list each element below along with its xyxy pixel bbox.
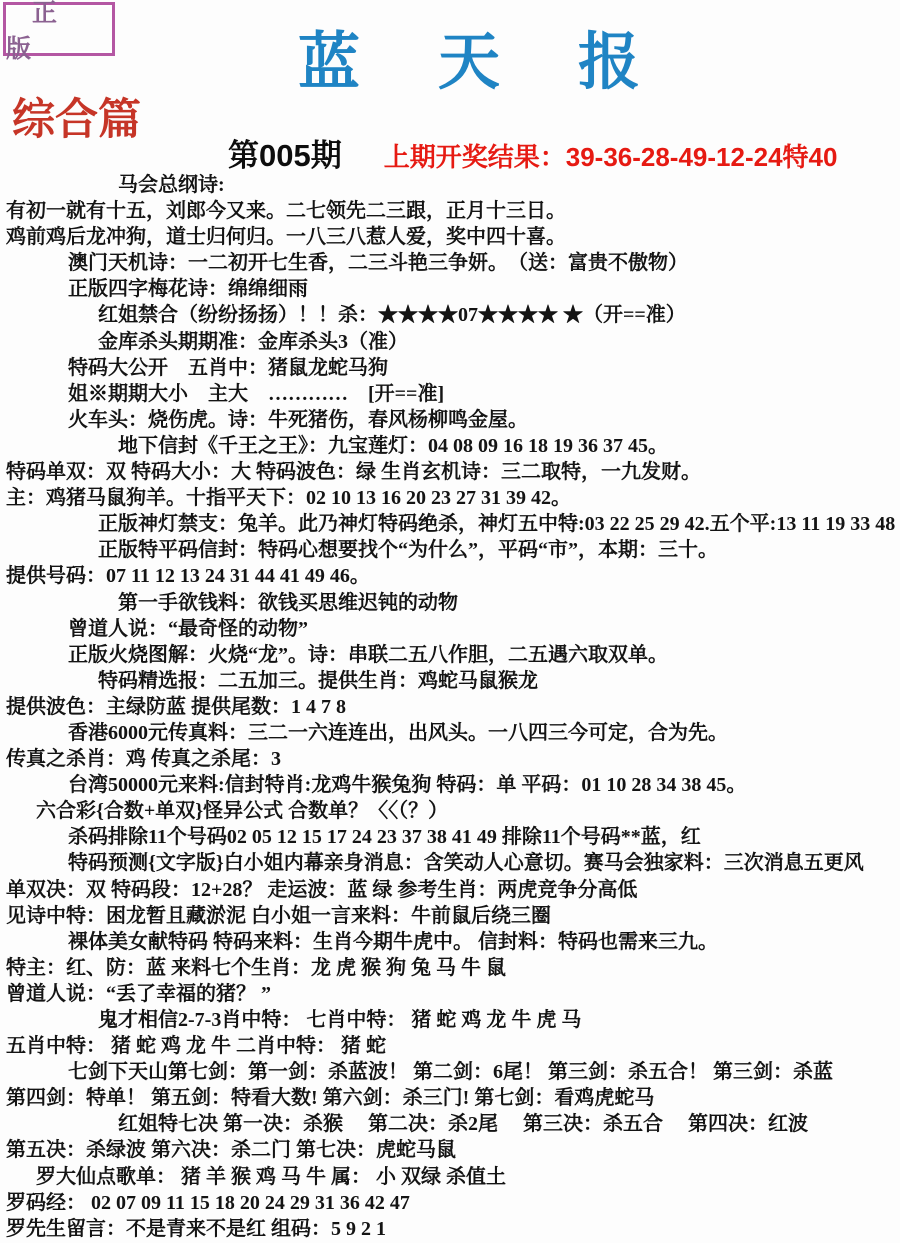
text-line: 金库杀头期期准：金库杀头3（准） (6, 329, 898, 355)
text-line: 裸体美女献特码 特码来料：生肖今期牛虎中。 信封料：特码也需来三九。 (6, 929, 898, 955)
text-line: 提供号码：07 11 12 13 24 31 44 41 49 46。 (6, 563, 898, 589)
text-line: 传真之杀肖：鸡 传真之杀尾：3 (6, 746, 898, 772)
text-line: 姐※期期大小 主大 ………… [开==准] (6, 381, 898, 407)
text-line: 主：鸡猪马鼠狗羊。十指平天下：02 10 13 16 20 23 27 31 3… (6, 485, 898, 511)
last-draw-result: 上期开奖结果：39-36-28-49-12-24特40 (384, 137, 838, 174)
section-label: 综合篇 (12, 86, 141, 147)
edition-badge-label: 正版 (6, 0, 112, 65)
text-line: 特主：红、防：蓝 来料七个生肖：龙 虎 猴 狗 兔 马 牛 鼠 (6, 955, 898, 981)
text-line: 第四剑：特单！ 第五剑：特看大数! 第六剑：杀三门! 第七剑：看鸡虎蛇马 (6, 1085, 898, 1111)
text-line: 单双决：双 特码段：12+28？ 走运波：蓝 绿 参考生肖：两虎竞争分高低 (6, 877, 898, 903)
issue-number: 第005期 (228, 130, 342, 175)
text-line: 香港6000元传真料：三二一六连连出，出风头。一八四三今可定，合为先。 (6, 720, 898, 746)
text-line: 地下信封《千王之王》：九宝莲灯：04 08 09 16 18 19 36 37 … (6, 433, 898, 459)
text-line: 特码单双：双 特码大小：大 特码波色：绿 生肖玄机诗：三二取特，一九发财。 (6, 459, 898, 485)
text-line: 六合彩{合数+单双}怪异公式 合数单？〈〈（？） (6, 798, 898, 824)
text-line: 提供波色：主绿防蓝 提供尾数：1 4 7 8 (6, 694, 898, 720)
text-line: 鸡前鸡后龙冲狗，道士归何归。一八三八惹人爱，奖中四十喜。 (6, 224, 898, 250)
text-line: 有初一就有十五，刘郎今又来。二七领先二三跟，正月十三日。 (6, 198, 898, 224)
text-line: 正版四字梅花诗：绵绵细雨 (6, 276, 898, 302)
text-line: 红姐禁合（纷纷扬扬）！！杀：★★★★07★★★★ ★（开==准） (6, 302, 898, 328)
text-line: 见诗中特：困龙暂且藏淤泥 白小姐一言来料：牛前鼠后绕三圈 (6, 903, 898, 929)
text-line: 七剑下天山第七剑：第一剑：杀蓝波！ 第二剑：6尾！ 第三剑：杀五合！ 第三剑：杀… (6, 1059, 898, 1085)
newspaper-title: 蓝天报 (298, 12, 718, 101)
issue-row: 第005期 上期开奖结果：39-36-28-49-12-24特40 (228, 130, 837, 175)
text-line: 曾道人说：“最奇怪的动物” (6, 616, 898, 642)
text-line: 五肖中特： 猪 蛇 鸡 龙 牛 二肖中特： 猪 蛇 (6, 1033, 898, 1059)
text-line: 马会总纲诗: (6, 172, 898, 198)
text-line: 正版特平码信封：特码心想要找个“为什么”，平码“市”，本期：三十。 (6, 537, 898, 563)
text-line: 杀码排除11个号码02 05 12 15 17 24 23 37 38 41 4… (6, 824, 898, 850)
document-body: 马会总纲诗:有初一就有十五，刘郎今又来。二七领先二三跟，正月十三日。鸡前鸡后龙冲… (6, 172, 898, 1242)
text-line: 罗大仙点歌单： 猪 羊 猴 鸡 马 牛 属： 小 双绿 杀值土 (6, 1164, 898, 1190)
page: 正版 蓝天报 综合篇 第005期 上期开奖结果：39-36-28-49-12-2… (0, 0, 900, 1243)
text-line: 特码预测{文字版}白小姐内幕亲身消息：含笑动人心意切。赛马会独家料：三次消息五更… (6, 850, 898, 876)
text-line: 曾道人说：“丢了幸福的猪？ ” (6, 981, 898, 1007)
text-line: 特码精选报：二五加三。提供生肖：鸡蛇马鼠猴龙 (6, 668, 898, 694)
text-line: 澳门天机诗：一二初开七生香，二三斗艳三争妍。 （送：富贵不傲物） (6, 250, 898, 276)
text-line: 正版神灯禁支：兔羊。此乃神灯特码绝杀，神灯五中特:03 22 25 29 42.… (6, 511, 898, 537)
text-line: 台湾50000元来料:信封特肖:龙鸡牛猴兔狗 特码：单 平码：01 10 28 … (6, 772, 898, 798)
text-line: 第一手欲钱料：欲钱买思维迟钝的动物 (6, 590, 898, 616)
text-line: 鬼才相信2-7-3肖中特： 七肖中特： 猪 蛇 鸡 龙 牛 虎 马 (6, 1007, 898, 1033)
text-line: 正版火烧图解：火烧“龙”。诗：串联二五八作胆，二五遇六取双单。 (6, 642, 898, 668)
text-line: 红姐特七决 第一决：杀猴 第二决：杀2尾 第三决：杀五合 第四决：红波 (6, 1111, 898, 1137)
text-line: 第五决：杀绿波 第六决：杀二门 第七决：虎蛇马鼠 (6, 1137, 898, 1163)
text-line: 火车头：烧伤虎。诗：牛死猪伤，春风杨柳鸣金屋。 (6, 407, 898, 433)
text-line: 罗先生留言：不是青来不是红 组码：5 9 2 1 (6, 1216, 898, 1242)
edition-badge: 正版 (3, 2, 115, 56)
text-line: 特码大公开 五肖中：猪鼠龙蛇马狗 (6, 355, 898, 381)
text-line: 罗码经： 02 07 09 11 15 18 20 24 29 31 36 42… (6, 1190, 898, 1216)
